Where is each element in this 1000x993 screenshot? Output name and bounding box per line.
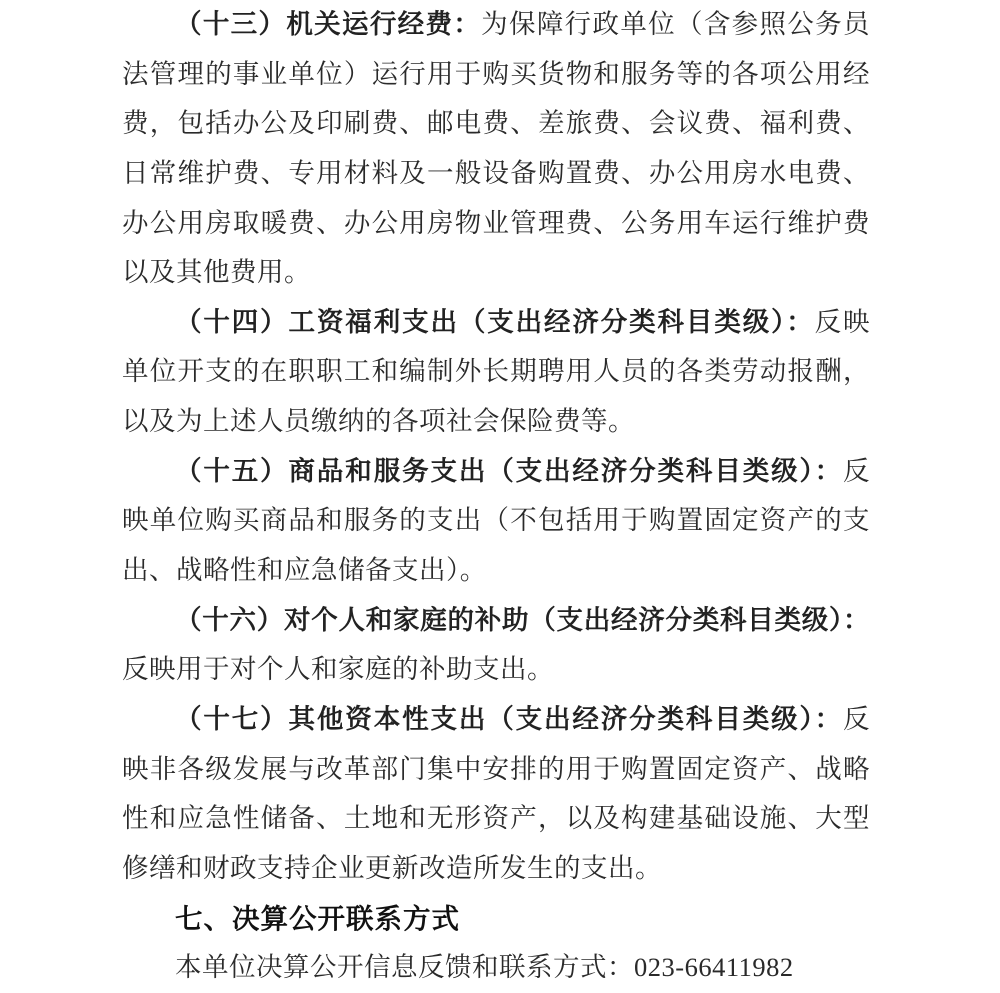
paragraph-line: 办公用房取暖费、办公用房物业管理费、公务用车运行维护费 bbox=[122, 199, 870, 249]
term-label: （十四）工资福利支出（支出经济分类科目类级）： bbox=[175, 307, 815, 337]
contact-line: 本单位决算公开信息反馈和联系方式：023-66411982 bbox=[122, 943, 870, 993]
section-heading: 七、决算公开联系方式 bbox=[122, 894, 870, 944]
paragraph-line: 映单位购买商品和服务的支出（不包括用于购置固定资产的支 bbox=[122, 496, 870, 546]
paragraph-text: 反 bbox=[843, 456, 870, 486]
paragraph-line: 单位开支的在职职工和编制外长期聘用人员的各类劳动报酬， bbox=[122, 347, 870, 397]
paragraph-line: （十三）机关运行经费：为保障行政单位（含参照公务员 bbox=[122, 0, 870, 50]
paragraph-text: 反映 bbox=[815, 307, 870, 337]
term-label: （十五）商品和服务支出（支出经济分类科目类级）： bbox=[175, 456, 843, 486]
paragraph-line: （十四）工资福利支出（支出经济分类科目类级）：反映 bbox=[122, 298, 870, 348]
paragraph-line: 日常维护费、专用材料及一般设备购置费、办公用房水电费、 bbox=[122, 149, 870, 199]
paragraph-line: 以及其他费用。 bbox=[122, 248, 870, 298]
paragraph-line: 映非各级发展与改革部门集中安排的用于购置固定资产、战略 bbox=[122, 745, 870, 795]
term-label: （十七）其他资本性支出（支出经济分类科目类级）： bbox=[175, 704, 843, 734]
paragraph-line: （十六）对个人和家庭的补助（支出经济分类科目类级）： bbox=[122, 596, 870, 646]
paragraph-line: （十五）商品和服务支出（支出经济分类科目类级）：反 bbox=[122, 447, 870, 497]
document-page: （十三）机关运行经费：为保障行政单位（含参照公务员 法管理的事业单位）运行用于购… bbox=[0, 0, 1000, 993]
paragraph-line: 反映用于对个人和家庭的补助支出。 bbox=[122, 645, 870, 695]
document-body: （十三）机关运行经费：为保障行政单位（含参照公务员 法管理的事业单位）运行用于购… bbox=[122, 0, 870, 993]
paragraph-line: 出、战略性和应急储备支出）。 bbox=[122, 546, 870, 596]
paragraph-line: 费，包括办公及印刷费、邮电费、差旅费、会议费、福利费、 bbox=[122, 99, 870, 149]
paragraph-text: 为保障行政单位（含参照公务员 bbox=[481, 9, 870, 39]
term-label: （十六）对个人和家庭的补助（支出经济分类科目类级）： bbox=[175, 605, 870, 635]
paragraph-line: 性和应急性储备、土地和无形资产，以及构建基础设施、大型 bbox=[122, 794, 870, 844]
paragraph-line: 法管理的事业单位）运行用于购买货物和服务等的各项公用经 bbox=[122, 50, 870, 100]
term-label: （十三）机关运行经费： bbox=[175, 9, 481, 39]
paragraph-text: 反 bbox=[843, 704, 870, 734]
paragraph-line: （十七）其他资本性支出（支出经济分类科目类级）：反 bbox=[122, 695, 870, 745]
paragraph-line: 修缮和财政支持企业更新改造所发生的支出。 bbox=[122, 844, 870, 894]
paragraph-line: 以及为上述人员缴纳的各项社会保险费等。 bbox=[122, 397, 870, 447]
